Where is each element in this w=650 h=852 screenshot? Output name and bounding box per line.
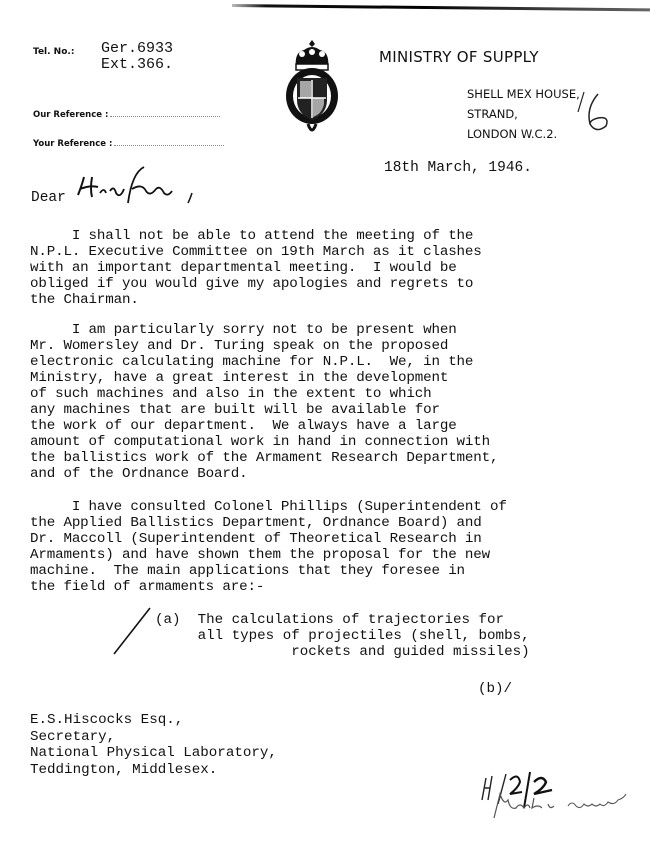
organization-address: SHELL MEX HOUSE, STRAND, LONDON W.C.2. [467, 84, 580, 144]
address-line: STRAND, [467, 104, 580, 124]
handwritten-number-6 [576, 90, 636, 140]
continuation-marker: (b)/ [478, 681, 512, 697]
address-line: SHELL MEX HOUSE, [467, 84, 580, 104]
royal-coat-of-arms-icon [284, 38, 340, 138]
address-line: LONDON W.C.2. [467, 124, 580, 144]
handwritten-slash-mark [108, 606, 158, 656]
handwritten-name-hiscocks [72, 163, 222, 213]
our-reference-field: Our Reference : [33, 108, 220, 120]
paragraph-1: I shall not be able to attend the meetin… [30, 228, 482, 308]
your-reference-field: Your Reference : [33, 137, 224, 149]
addressee-block: E.S.Hiscocks Esq., Secretary, National P… [30, 712, 277, 778]
our-reference-label: Our Reference : [33, 110, 108, 120]
paragraph-3: I have consulted Colonel Phillips (Super… [30, 499, 507, 595]
tel-label: Tel. No.: [33, 47, 74, 57]
your-reference-blank [114, 137, 224, 146]
top-rule [232, 4, 650, 11]
handwritten-note-maths [490, 780, 650, 820]
your-reference-label: Your Reference : [33, 139, 112, 149]
our-reference-blank [110, 108, 220, 117]
salutation: Dear [31, 190, 66, 206]
organization-name: MINISTRY OF SUPPLY [379, 48, 539, 66]
list-item-a: (a) The calculations of trajectories for… [155, 612, 530, 660]
letter-date: 18th March, 1946. [384, 160, 532, 176]
paragraph-2: I am particularly sorry not to be presen… [30, 322, 498, 482]
tel-value: Ger.6933 Ext.366. [101, 41, 173, 73]
